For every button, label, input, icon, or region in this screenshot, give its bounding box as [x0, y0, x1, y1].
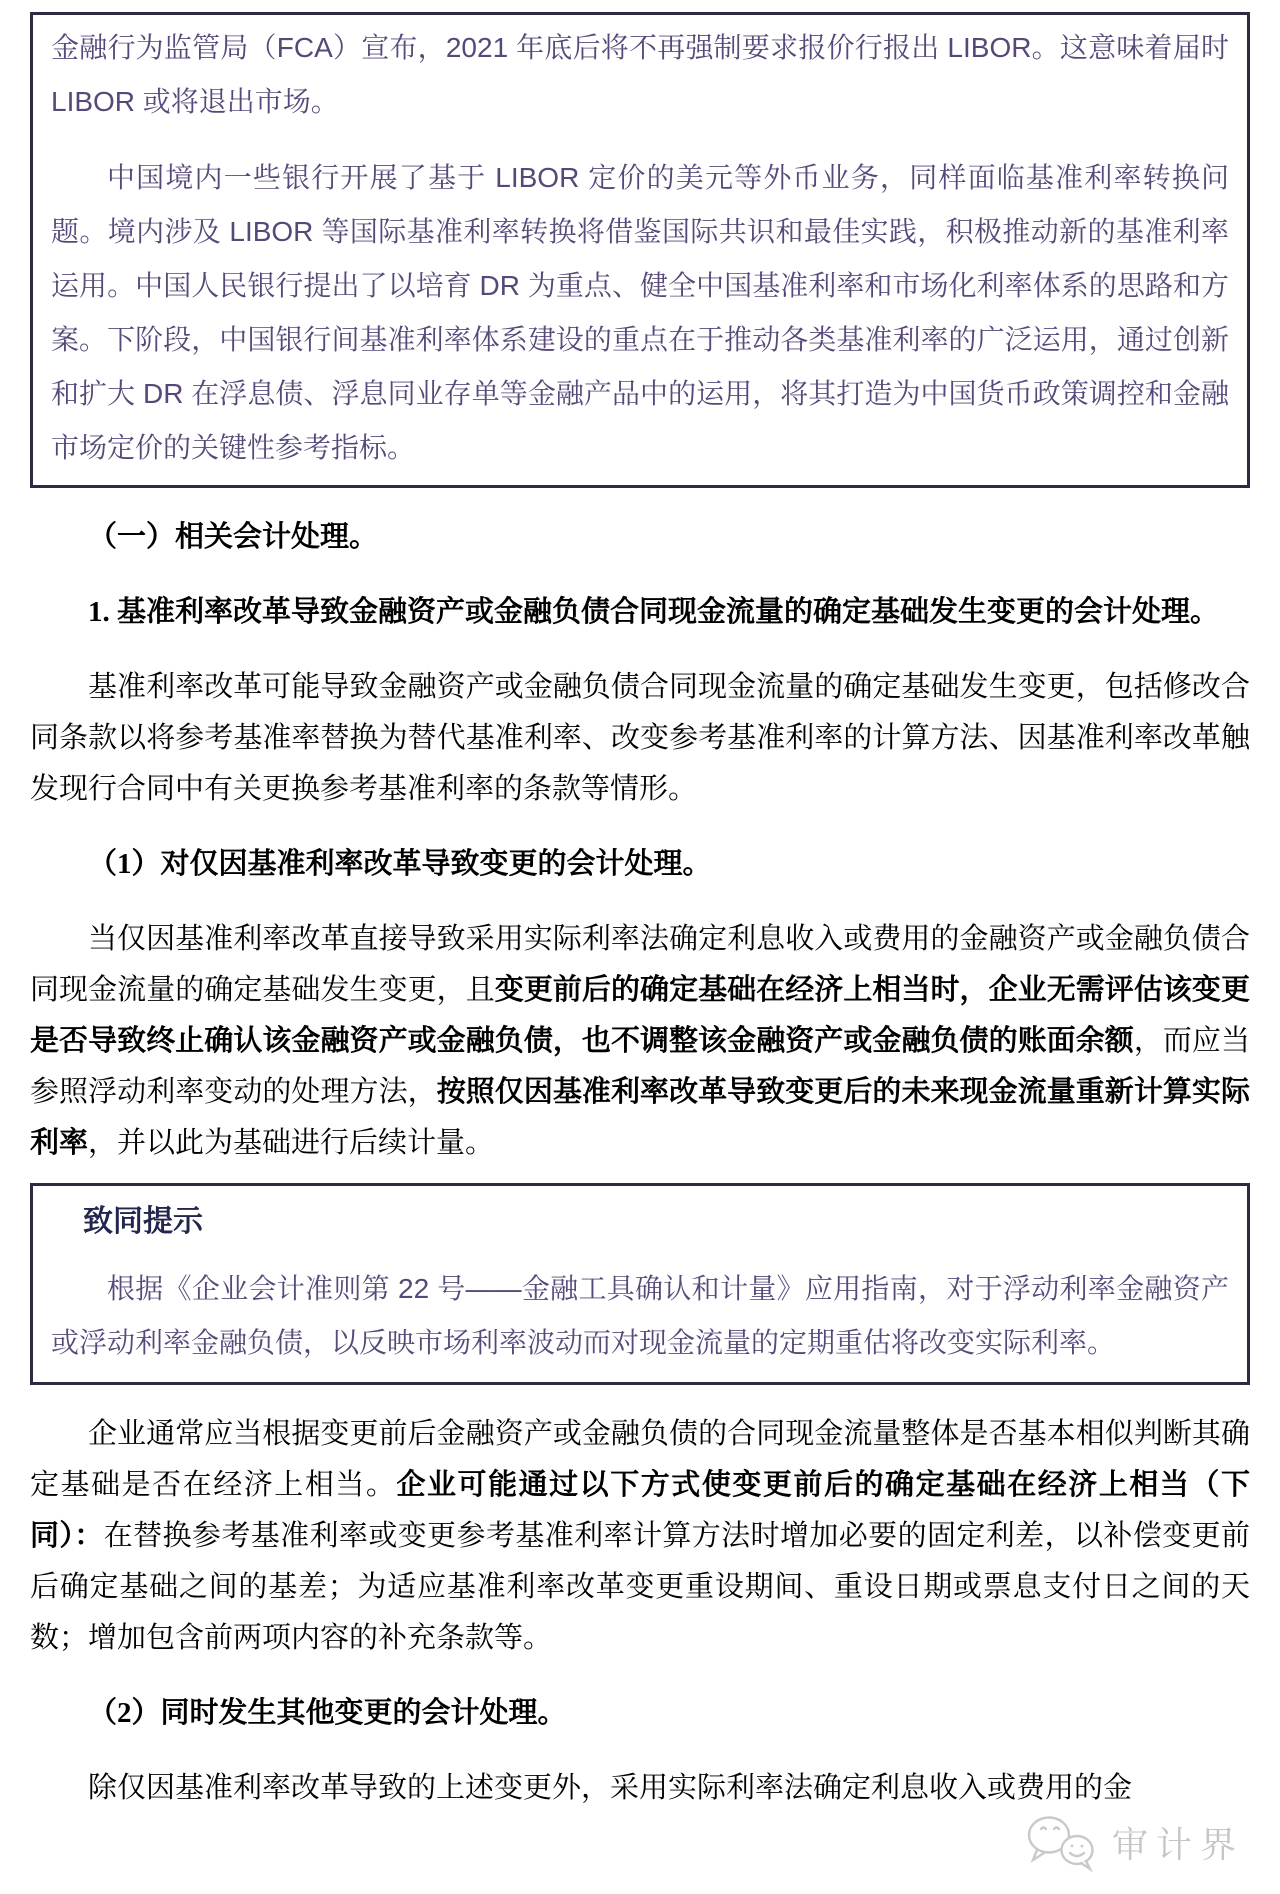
- section-heading-accounting-treatment: （一）相关会计处理。: [30, 512, 1250, 563]
- article-body: （一）相关会计处理。 1. 基准利率改革导致金融资产或金融负债合同现金流量的确定…: [30, 512, 1250, 1169]
- paragraph-economic-equivalence: 企业通常应当根据变更前后金融资产或金融负债的合同现金流量整体是否基本相似判断其确…: [30, 1409, 1250, 1664]
- subsection-heading-basis-change: 1. 基准利率改革导致金融资产或金融负债合同现金流量的确定基础发生变更的会计处理…: [30, 587, 1250, 638]
- paragraph-reform-scenarios: 基准利率改革可能导致金融资产或金融负债合同现金流量的确定基础发生变更，包括修改合…: [30, 662, 1250, 815]
- article-body-continued: 企业通常应当根据变更前后金融资产或金融负债的合同现金流量整体是否基本相似判断其确…: [30, 1409, 1250, 1814]
- paragraph-change-treatment: 当仅因基准利率改革直接导致采用实际利率法确定利息收入或费用的金融资产或金融负债合…: [30, 914, 1250, 1169]
- tip-box-paragraph: 根据《企业会计准则第 22 号——金融工具确认和计量》应用指南，对于浮动利率金融…: [51, 1262, 1229, 1370]
- watermark-text: 审计界: [1112, 1817, 1244, 1868]
- document-page: 金融行为监管局（FCA）宣布，2021 年底后将不再强制要求报价行报出 LIBO…: [0, 0, 1280, 1814]
- watermark: 审计界: [1022, 1812, 1244, 1872]
- paragraph-last-truncated: 除仅因基准利率改革导致的上述变更外，采用实际利率法确定利息收入或费用的金: [30, 1763, 1250, 1814]
- subsection-heading-only-reform-change: （1）对仅因基准利率改革导致变更的会计处理。: [30, 839, 1250, 890]
- subsection-heading-other-changes: （2）同时发生其他变更的会计处理。: [30, 1688, 1250, 1739]
- intro-paragraph-2: 中国境内一些银行开展了基于 LIBOR 定价的美元等外币业务，同样面临基准利率转…: [51, 151, 1229, 475]
- wechat-bubbles-icon: [1022, 1812, 1100, 1872]
- intro-paragraph-1: 金融行为监管局（FCA）宣布，2021 年底后将不再强制要求报价行报出 LIBO…: [51, 21, 1229, 129]
- tip-box-title: 致同提示: [51, 1202, 1229, 1242]
- libor-intro-box: 金融行为监管局（FCA）宣布，2021 年底后将不再强制要求报价行报出 LIBO…: [30, 12, 1250, 488]
- grant-thornton-tip-box: 致同提示 根据《企业会计准则第 22 号——金融工具确认和计量》应用指南，对于浮…: [30, 1183, 1250, 1385]
